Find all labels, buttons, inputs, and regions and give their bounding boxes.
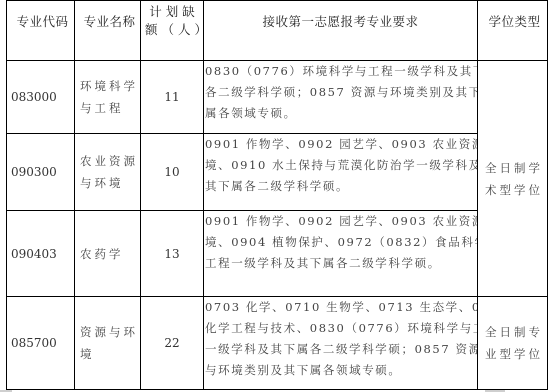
header-major-name: 专业名称 xyxy=(75,1,141,61)
degree-type-academic: 全日制学 术型学位 xyxy=(478,61,548,297)
table-row: 090403 农药学 13 0901 作物学、0902 园艺学、0903 农业资… xyxy=(7,211,548,297)
quota: 10 xyxy=(141,134,204,211)
major-code: 085700 xyxy=(7,297,75,390)
quota: 11 xyxy=(141,61,204,134)
header-degree-type: 学位类型 xyxy=(478,1,548,61)
header-requirement: 接收第一志愿报考专业要求 xyxy=(204,1,478,61)
requirement: 0830（0776）环境科学与工程一级学科及其下属 各二级学科学硕；0857 资… xyxy=(204,61,478,134)
major-name: 资源与环 境 xyxy=(75,297,141,390)
major-name: 环境科学 与工程 xyxy=(75,61,141,134)
requirement: 0901 作物学、0902 园艺学、0903 农业资源与环 境、0904 植物保… xyxy=(204,211,478,297)
requirement: 0703 化学、0710 生物学、0713 生态学、0817 化学工程与技术、0… xyxy=(204,297,478,390)
major-code: 083000 xyxy=(7,61,75,134)
major-code: 090403 xyxy=(7,211,75,297)
major-name: 农业资源 与环境 xyxy=(75,134,141,211)
degree-type-professional: 全日制专 业型学位 xyxy=(478,297,548,390)
quota: 13 xyxy=(141,211,204,297)
header-major-code: 专业代码 xyxy=(7,1,75,61)
quota: 22 xyxy=(141,297,204,390)
major-name: 农药学 xyxy=(75,211,141,297)
header-quota: 计划缺 额（人） xyxy=(141,1,204,61)
table-row: 090300 农业资源 与环境 10 0901 作物学、0902 园艺学、090… xyxy=(7,134,548,211)
header-row: 专业代码 专业名称 计划缺 额（人） 接收第一志愿报考专业要求 学位类型 xyxy=(7,1,548,61)
admission-requirements-table: 专业代码 专业名称 计划缺 额（人） 接收第一志愿报考专业要求 学位类型 083… xyxy=(6,0,548,390)
requirement: 0901 作物学、0902 园艺学、0903 农业资源与环 境、0910 水土保… xyxy=(204,134,478,211)
table-row: 085700 资源与环 境 22 0703 化学、0710 生物学、0713 生… xyxy=(7,297,548,390)
table-row: 083000 环境科学 与工程 11 0830（0776）环境科学与工程一级学科… xyxy=(7,61,548,134)
major-code: 090300 xyxy=(7,134,75,211)
